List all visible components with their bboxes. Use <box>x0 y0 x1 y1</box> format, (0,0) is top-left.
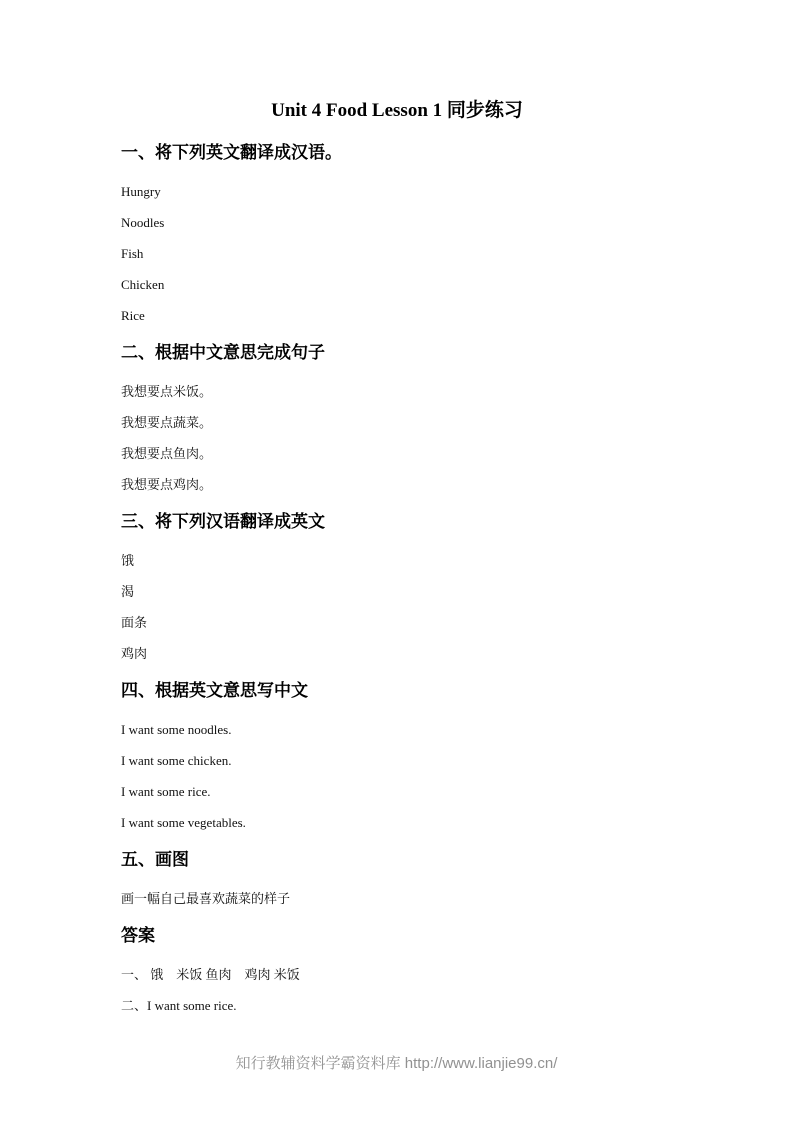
sentence-item: 我想要点鸡肉。 <box>121 477 713 493</box>
section-drawing: 五、画图 画一幅自己最喜欢蔬菜的样子 <box>121 849 713 907</box>
section-heading: 三、将下列汉语翻译成英文 <box>121 511 713 533</box>
section-heading: 二、根据中文意思完成句子 <box>121 342 713 364</box>
answer-item: 二、I want some rice. <box>121 998 713 1014</box>
vocab-item: Rice <box>121 308 713 324</box>
instruction-item: 画一幅自己最喜欢蔬菜的样子 <box>121 891 713 907</box>
sentence-item: I want some vegetables. <box>121 815 713 831</box>
section-heading: 一、将下列英文翻译成汉语。 <box>121 142 713 164</box>
sentence-item: 我想要点蔬菜。 <box>121 415 713 431</box>
vocab-item: Fish <box>121 246 713 262</box>
sentence-item: I want some chicken. <box>121 753 713 769</box>
sentence-item: 我想要点米饭。 <box>121 384 713 400</box>
sentence-item: 我想要点鱼肉。 <box>121 446 713 462</box>
section-heading: 四、根据英文意思写中文 <box>121 680 713 702</box>
sentence-item: I want some noodles. <box>121 722 713 738</box>
section-translate-english-to-chinese: 一、将下列英文翻译成汉语。 Hungry Noodles Fish Chicke… <box>121 142 713 324</box>
section-complete-sentences: 二、根据中文意思完成句子 我想要点米饭。 我想要点蔬菜。 我想要点鱼肉。 我想要… <box>121 342 713 493</box>
section-translate-chinese-to-english: 三、将下列汉语翻译成英文 饿 渴 面条 鸡肉 <box>121 511 713 662</box>
worksheet-page: Unit 4 Food Lesson 1 同步练习 一、将下列英文翻译成汉语。 … <box>0 0 793 1122</box>
vocab-item: 面条 <box>121 615 713 631</box>
vocab-item: 渴 <box>121 584 713 600</box>
vocab-item: 鸡肉 <box>121 646 713 662</box>
vocab-item: Noodles <box>121 215 713 231</box>
site-watermark: 知行教辅资料学霸资料库 http://www.lianjie99.cn/ <box>0 1052 793 1073</box>
answers-heading: 答案 <box>121 925 713 947</box>
vocab-item: Hungry <box>121 184 713 200</box>
vocab-item: 饿 <box>121 553 713 569</box>
section-answers: 答案 一、 饿 米饭 鱼肉 鸡肉 米饭 二、I want some rice. <box>121 925 713 1014</box>
answer-item: 一、 饿 米饭 鱼肉 鸡肉 米饭 <box>121 967 713 983</box>
section-heading: 五、画图 <box>121 849 713 871</box>
page-title: Unit 4 Food Lesson 1 同步练习 <box>121 98 673 124</box>
worksheet-content: Unit 4 Food Lesson 1 同步练习 一、将下列英文翻译成汉语。 … <box>0 0 793 1014</box>
vocab-item: Chicken <box>121 277 713 293</box>
sentence-item: I want some rice. <box>121 784 713 800</box>
section-write-chinese-from-english: 四、根据英文意思写中文 I want some noodles. I want … <box>121 680 713 831</box>
